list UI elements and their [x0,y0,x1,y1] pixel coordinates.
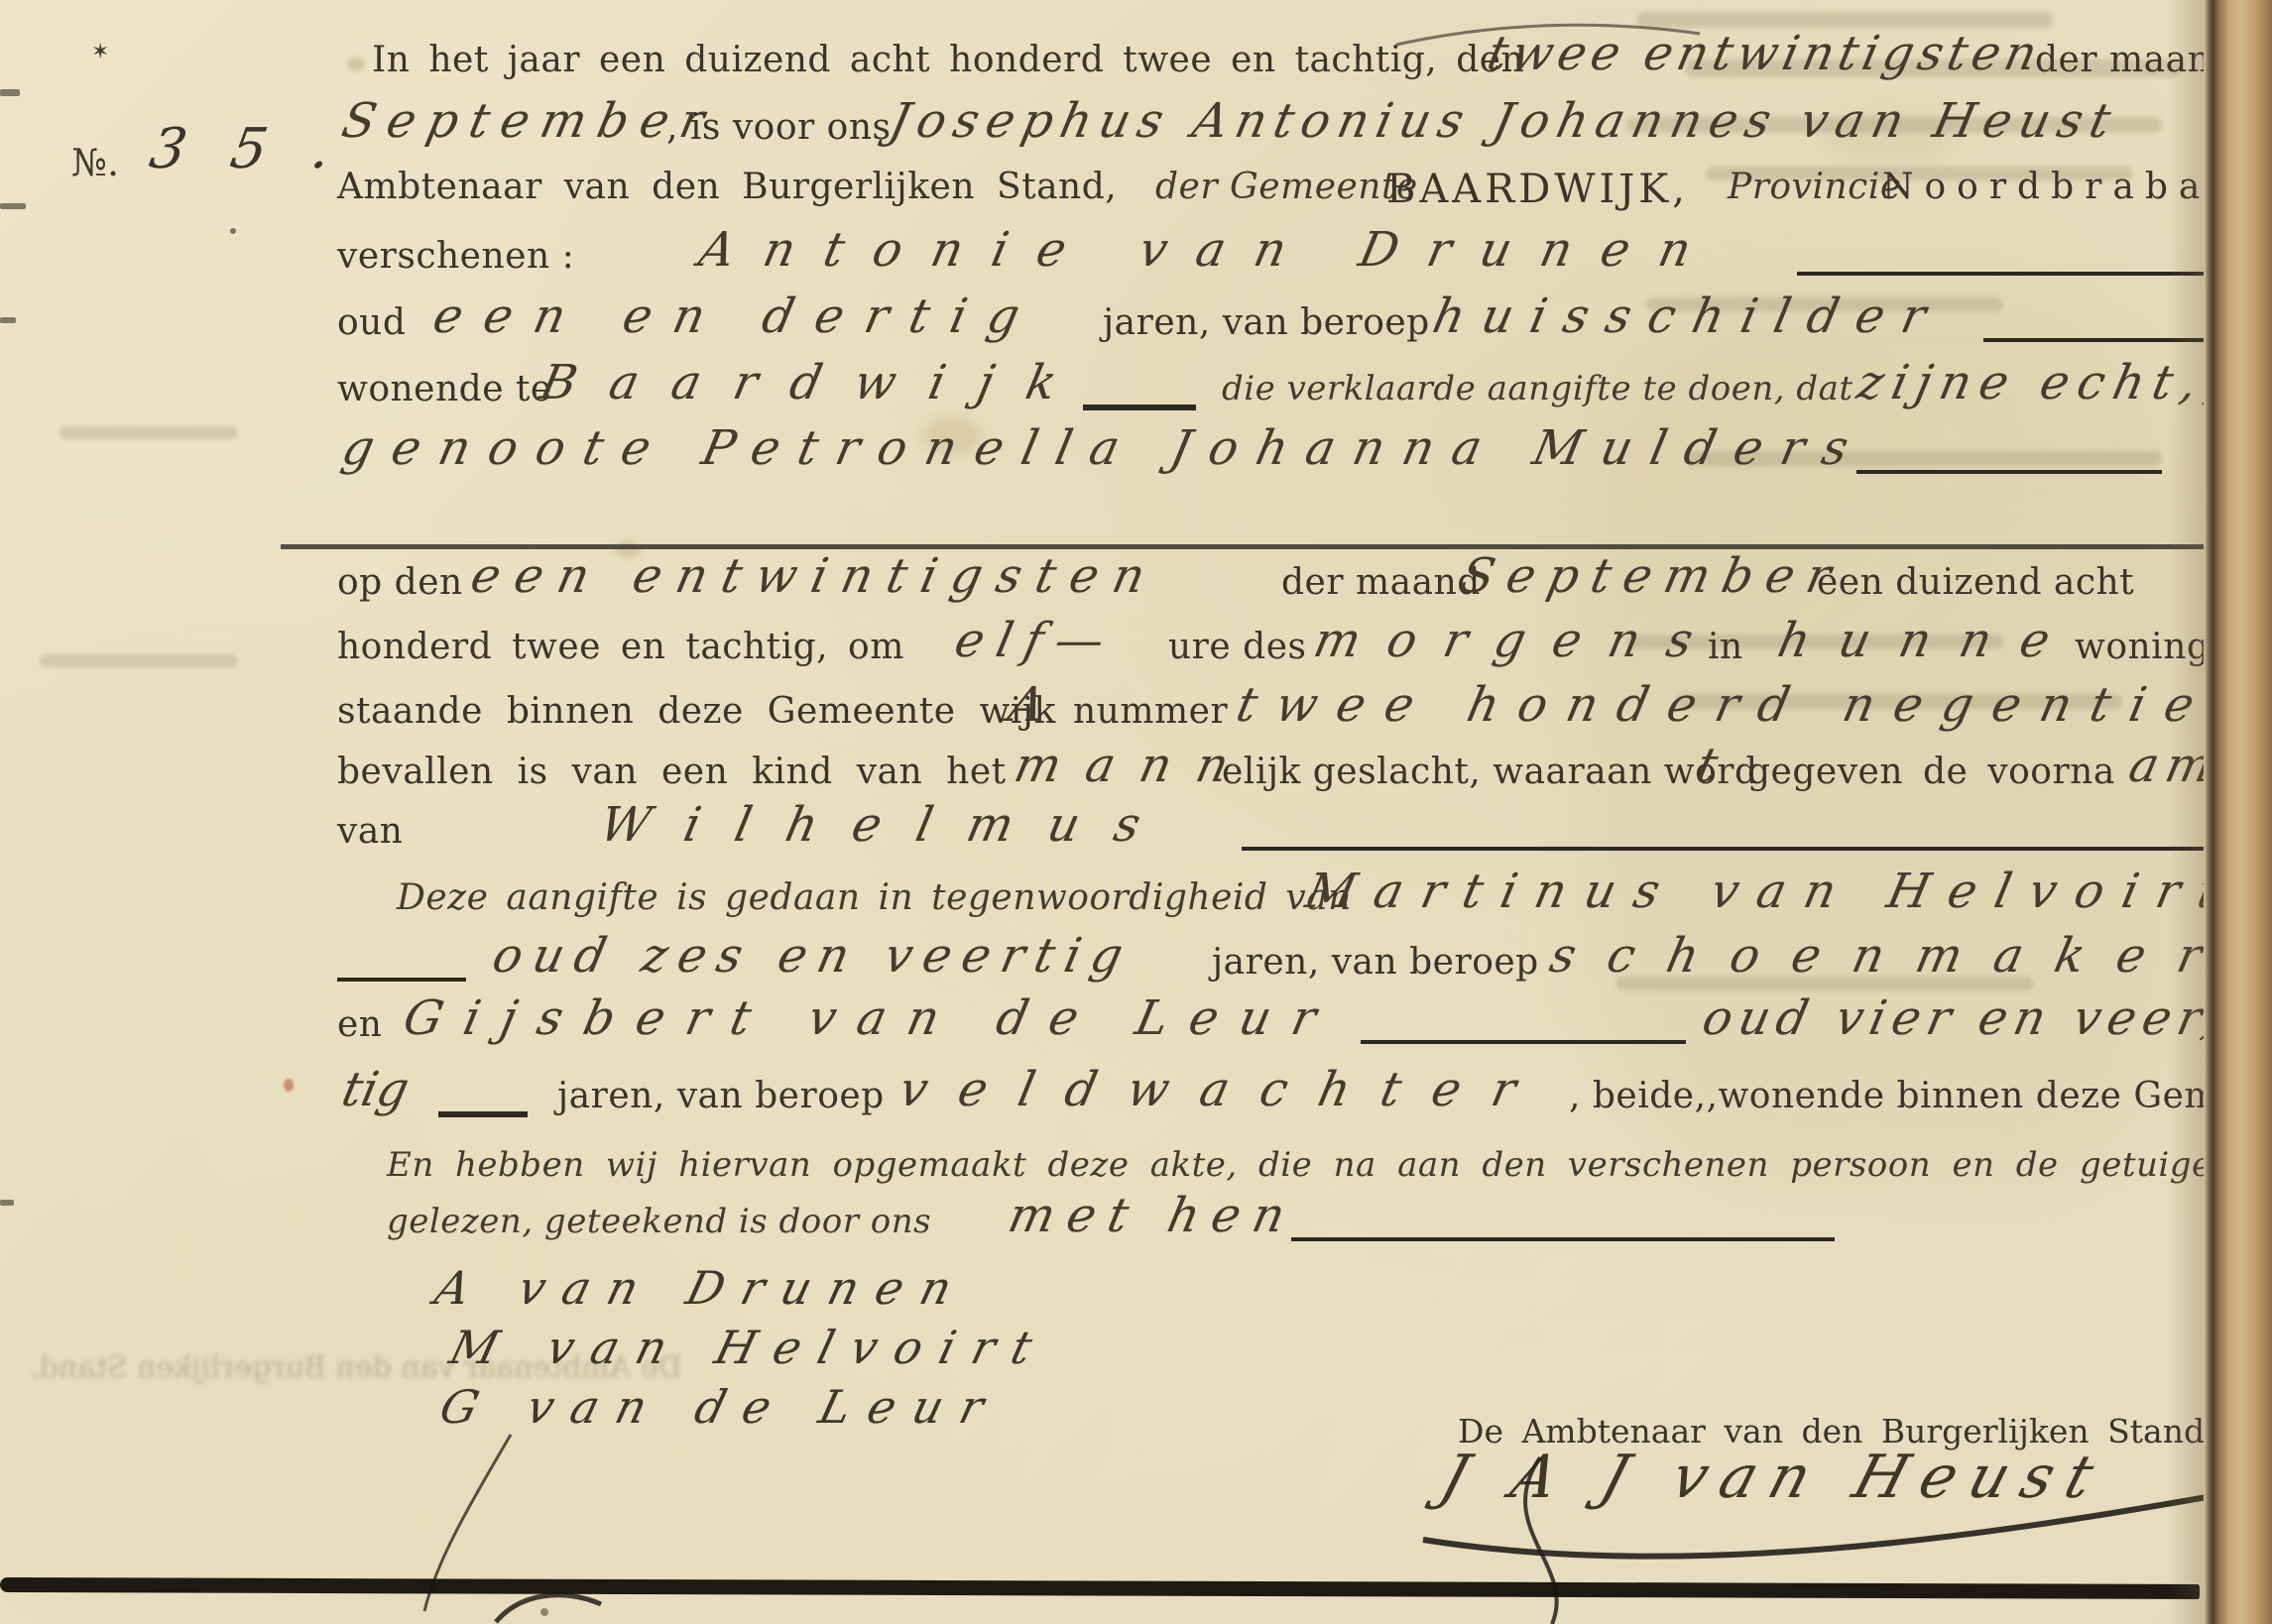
filler-dash [1797,272,2217,276]
handwritten-entry: morgens [1309,613,1726,668]
handwritten-entry: tig [337,1062,414,1117]
signature-witness1: M van Helvoirt [444,1321,1055,1374]
printed-text: van [337,811,404,852]
printed-text-italic: Provincie [1728,167,1902,207]
handwritten-entry-birth-day: een entwintigsten [466,548,1164,604]
record-separator-bar [0,1577,2200,1599]
printed-text: nummer [1073,691,1228,732]
handwritten-entry: met hen [1004,1188,1303,1243]
handwritten-entry-hour: elf— [950,613,1122,668]
handwritten-entry-residence: Baardwijk [536,355,1095,410]
form-line-16: tig jaren, van beroep veldwachter , beid… [0,1076,2272,1139]
printed-text: bevallen is van een kind van het [337,752,1007,792]
page-gutter-shadow [2168,0,2204,1624]
page-edge [2204,0,2272,1624]
handwritten-entry-day: twee entwintigsten [1483,26,2047,81]
printed-text: jaren, van beroep [557,1076,885,1116]
printed-text: gegeven de voorna [1747,752,2115,792]
handwritten-entry-month: September [337,93,721,149]
handwritten-entry-mother-name: genoote Petronella Johanna Mulders [337,420,1872,476]
handwritten-entry-child-name: Wilhelmus [595,797,1181,853]
printed-text: oud [337,302,406,343]
handwritten-entry-witness2-occupation: veldwachter [895,1062,1553,1117]
printed-text: wonende te [337,369,552,409]
handwritten-entry-occupation: huisschilder [1428,289,1949,344]
printed-text: jaren, van beroep [1212,942,1539,983]
form-line-3: Ambtenaar van den Burgerlijken Stand, de… [0,167,2272,230]
filler-dash [1856,470,2162,474]
handwritten-entry-age: een en dertig [428,289,1046,344]
form-line-18: gelezen, geteekend is door ons met hen [0,1202,2272,1265]
printed-text: een duizend acht [1817,562,2134,603]
form-line-2: September , is voor ons Josephus Antoniu… [0,107,2272,171]
printed-text: op den [337,562,463,603]
handwritten-entry-witness2-name: Gijsbert van de Leur [399,990,1343,1046]
printed-text: , beide,,wonende binnen deze Gemeente. [1569,1076,2272,1116]
form-line-7: genoote Petronella Johanna Mulders [0,434,2272,498]
handwritten-entry-declarant-name: Antonie van Drunen [694,222,1726,278]
printed-text-italic: der Gemeente [1155,167,1418,207]
ink-speck [540,1608,548,1616]
handwritten-entry-registrar-name: Josephus Antonius Johannes van Heust [885,93,2123,149]
form-line-15: en Gijsbert van de Leur oud vier en veer… [0,1004,2272,1068]
printed-text: staande binnen deze Gemeente wijk [337,691,1056,732]
printed-text-italic: En hebben wij hiervan opgemaakt deze akt… [387,1145,2272,1185]
printed-text: Ambtenaar van den Burgerlijken Stand, [337,167,1117,207]
municipality-name: BAARDWIJK, [1386,167,1689,212]
printed-text-italic: gelezen, geteekend is door ons [387,1202,931,1241]
signature-witness2: G van de Leur [434,1380,1007,1434]
signature-registrar: J A J van Heust [1433,1443,2114,1512]
filler-dash [438,1111,528,1117]
printed-text: der maand [1281,562,1481,603]
handwritten-entry-birth-month: September [1456,548,1849,604]
printed-text: verschenen : [337,236,574,277]
printed-text: ure des [1168,627,1306,667]
printed-text-italic: Deze aangifte is gedaan in tegenwoordigh… [397,877,1352,918]
printed-text-italic: die verklaarde aangifte te doen, dat [1222,369,1853,408]
filler-dash [1083,405,1196,410]
printed-text: elijk geslacht, waaraan word [1222,752,1758,792]
filler-dash [1361,1040,1686,1044]
filler-dash [337,978,466,982]
filler-dash [1291,1237,1835,1241]
handwritten-entry-house-number: twee honderd negentien [1232,677,2269,733]
filler-dash [1242,847,2206,851]
handwritten-entry: hunne [1773,613,2085,668]
printed-text: , is voor ons [666,107,892,148]
handwritten-entry-witness1-name: Martinus van Helvoirt, [1301,864,2272,919]
signature-declarant: A van Drunen [429,1261,975,1315]
handwritten-entry-witness1-age: oud zes en veertig [488,928,1138,984]
printed-text: honderd twee en tachtig, om [337,627,904,667]
handwritten-entry-witness1-occupation: schoenmaker [1545,928,2239,984]
printed-text: In het jaar een duizend acht honderd twe… [372,40,1524,80]
printed-text: en [337,1004,383,1045]
printed-text: jaren, van beroep [1103,302,1430,343]
printed-text: in [1708,627,1743,667]
birth-certificate-scan: De Ambtenaar van den Burgerlijken Stand,… [0,0,2272,1624]
